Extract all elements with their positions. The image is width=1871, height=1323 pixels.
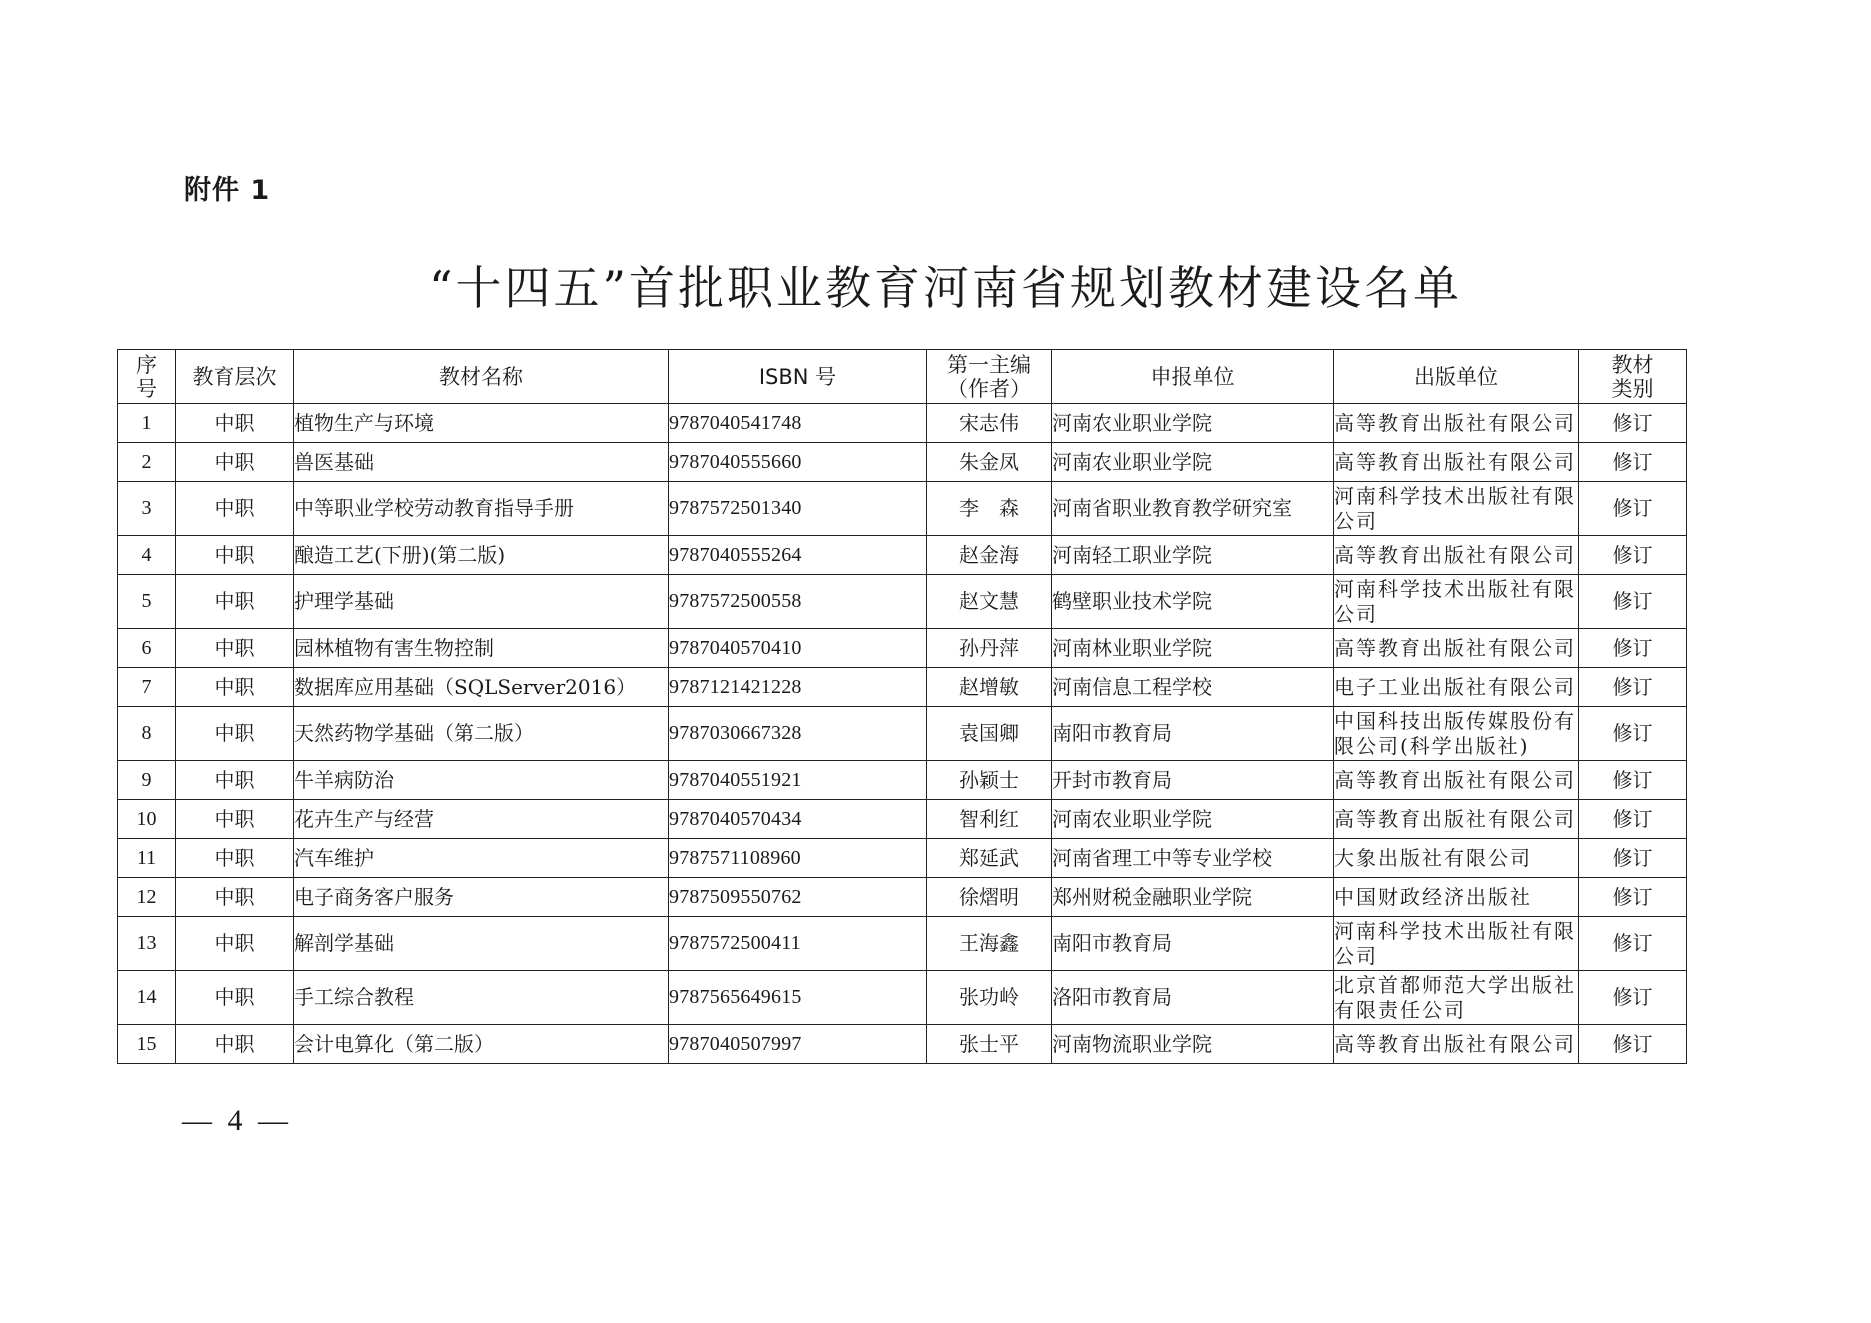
row-publisher: 河南科学技术出版社有限公司 [1334,917,1579,971]
row-applicant: 河南农业职业学院 [1052,404,1334,443]
row-author: 智利红 [927,800,1052,839]
row-category: 修订 [1579,575,1687,629]
row-isbn: 9787040555660 [669,443,927,482]
page-number: — 4 — [182,1104,292,1138]
row-author: 赵增敏 [927,668,1052,707]
row-publisher: 高等教育出版社有限公司 [1334,800,1579,839]
row-applicant: 河南省职业教育教学研究室 [1052,482,1334,536]
row-textbook-name: 解剖学基础 [294,917,669,971]
row-applicant: 南阳市教育局 [1052,707,1334,761]
row-textbook-name: 护理学基础 [294,575,669,629]
row-category: 修订 [1579,404,1687,443]
row-level: 中职 [176,1025,294,1064]
row-author: 宋志伟 [927,404,1052,443]
row-applicant: 河南轻工职业学院 [1052,536,1334,575]
table-row: 6中职园林植物有害生物控制9787040570410孙丹萍河南林业职业学院高等教… [118,629,1687,668]
row-index: 13 [118,917,176,971]
header-name: 教材名称 [294,350,669,404]
row-publisher: 高等教育出版社有限公司 [1334,1025,1579,1064]
row-category: 修订 [1579,707,1687,761]
row-level: 中职 [176,800,294,839]
row-author: 赵文慧 [927,575,1052,629]
textbook-list-table: 序 号 教育层次 教材名称 ISBN 号 第一主编 （作者） 申报单位 出版单位… [117,349,1687,1064]
row-applicant: 河南省理工中等专业学校 [1052,839,1334,878]
row-author: 赵金海 [927,536,1052,575]
row-textbook-name: 牛羊病防治 [294,761,669,800]
row-level: 中职 [176,443,294,482]
row-isbn: 9787572500411 [669,917,927,971]
row-level: 中职 [176,878,294,917]
row-publisher: 中国财政经济出版社 [1334,878,1579,917]
row-category: 修订 [1579,1025,1687,1064]
row-isbn: 9787121421228 [669,668,927,707]
row-level: 中职 [176,404,294,443]
row-level: 中职 [176,575,294,629]
row-author: 徐熠明 [927,878,1052,917]
row-textbook-name: 会计电算化（第二版） [294,1025,669,1064]
row-textbook-name: 园林植物有害生物控制 [294,629,669,668]
header-level: 教育层次 [176,350,294,404]
row-publisher: 河南科学技术出版社有限公司 [1334,575,1579,629]
row-publisher: 高等教育出版社有限公司 [1334,443,1579,482]
row-isbn: 9787040507997 [669,1025,927,1064]
row-author: 孙颖士 [927,761,1052,800]
table-row: 15中职会计电算化（第二版）9787040507997张士平河南物流职业学院高等… [118,1025,1687,1064]
table-row: 3中职中等职业学校劳动教育指导手册9787572501340李 森河南省职业教育… [118,482,1687,536]
row-index: 1 [118,404,176,443]
row-textbook-name: 花卉生产与经营 [294,800,669,839]
table-row: 13中职解剖学基础9787572500411王海鑫南阳市教育局河南科学技术出版社… [118,917,1687,971]
row-applicant: 洛阳市教育局 [1052,971,1334,1025]
table-row: 2中职兽医基础9787040555660朱金凤河南农业职业学院高等教育出版社有限… [118,443,1687,482]
row-applicant: 河南林业职业学院 [1052,629,1334,668]
row-index: 7 [118,668,176,707]
row-author: 袁国卿 [927,707,1052,761]
row-applicant: 河南农业职业学院 [1052,800,1334,839]
row-author: 李 森 [927,482,1052,536]
row-applicant: 郑州财税金融职业学院 [1052,878,1334,917]
row-applicant: 开封市教育局 [1052,761,1334,800]
row-index: 2 [118,443,176,482]
header-applicant: 申报单位 [1052,350,1334,404]
header-publisher: 出版单位 [1334,350,1579,404]
row-publisher: 河南科学技术出版社有限公司 [1334,482,1579,536]
row-isbn: 9787040570410 [669,629,927,668]
row-index: 8 [118,707,176,761]
row-isbn: 9787572501340 [669,482,927,536]
row-author: 王海鑫 [927,917,1052,971]
row-applicant: 河南农业职业学院 [1052,443,1334,482]
table-row: 7中职数据库应用基础（SQLServer2016）9787121421228赵增… [118,668,1687,707]
document-title: “十四五”首批职业教育河南省规划教材建设名单 [0,252,1871,318]
row-textbook-name: 汽车维护 [294,839,669,878]
row-isbn: 9787571108960 [669,839,927,878]
row-publisher: 电子工业出版社有限公司 [1334,668,1579,707]
row-publisher: 高等教育出版社有限公司 [1334,629,1579,668]
row-category: 修订 [1579,443,1687,482]
row-category: 修订 [1579,971,1687,1025]
table-row: 11中职汽车维护9787571108960郑延武河南省理工中等专业学校大象出版社… [118,839,1687,878]
row-category: 修订 [1579,629,1687,668]
row-isbn: 9787040551921 [669,761,927,800]
row-publisher: 北京首都师范大学出版社有限责任公司 [1334,971,1579,1025]
row-index: 12 [118,878,176,917]
table-row: 14中职手工综合教程9787565649615张功岭洛阳市教育局北京首都师范大学… [118,971,1687,1025]
row-isbn: 9787565649615 [669,971,927,1025]
row-index: 4 [118,536,176,575]
table-row: 8中职天然药物学基础（第二版）9787030667328袁国卿南阳市教育局中国科… [118,707,1687,761]
row-isbn: 9787040555264 [669,536,927,575]
row-index: 11 [118,839,176,878]
row-category: 修订 [1579,761,1687,800]
row-isbn: 9787040570434 [669,800,927,839]
row-applicant: 河南信息工程学校 [1052,668,1334,707]
row-category: 修订 [1579,800,1687,839]
table-row: 10中职花卉生产与经营9787040570434智利红河南农业职业学院高等教育出… [118,800,1687,839]
table-row: 4中职酿造工艺(下册)(第二版)9787040555264赵金海河南轻工职业学院… [118,536,1687,575]
header-author: 第一主编 （作者） [927,350,1052,404]
row-applicant: 南阳市教育局 [1052,917,1334,971]
header-isbn: ISBN 号 [669,350,927,404]
row-index: 3 [118,482,176,536]
table-row: 12中职电子商务客户服务9787509550762徐熠明郑州财税金融职业学院中国… [118,878,1687,917]
row-publisher: 高等教育出版社有限公司 [1334,404,1579,443]
row-level: 中职 [176,971,294,1025]
row-textbook-name: 手工综合教程 [294,971,669,1025]
attachment-label: 附件 1 [184,168,270,207]
row-index: 10 [118,800,176,839]
row-level: 中职 [176,761,294,800]
row-level: 中职 [176,839,294,878]
row-isbn: 9787030667328 [669,707,927,761]
header-category: 教材 类别 [1579,350,1687,404]
row-level: 中职 [176,482,294,536]
row-isbn: 9787040541748 [669,404,927,443]
row-isbn: 9787572500558 [669,575,927,629]
row-category: 修订 [1579,839,1687,878]
row-index: 14 [118,971,176,1025]
row-author: 郑延武 [927,839,1052,878]
row-isbn: 9787509550762 [669,878,927,917]
row-textbook-name: 天然药物学基础（第二版） [294,707,669,761]
row-level: 中职 [176,536,294,575]
row-textbook-name: 植物生产与环境 [294,404,669,443]
row-author: 张士平 [927,1025,1052,1064]
row-applicant: 鹤壁职业技术学院 [1052,575,1334,629]
row-publisher: 高等教育出版社有限公司 [1334,761,1579,800]
row-level: 中职 [176,668,294,707]
row-index: 15 [118,1025,176,1064]
row-applicant: 河南物流职业学院 [1052,1025,1334,1064]
row-author: 朱金凤 [927,443,1052,482]
header-index: 序 号 [118,350,176,404]
row-index: 6 [118,629,176,668]
row-publisher: 高等教育出版社有限公司 [1334,536,1579,575]
row-textbook-name: 兽医基础 [294,443,669,482]
table-body: 1中职植物生产与环境9787040541748宋志伟河南农业职业学院高等教育出版… [118,404,1687,1064]
row-textbook-name: 中等职业学校劳动教育指导手册 [294,482,669,536]
table-row: 9中职牛羊病防治9787040551921孙颖士开封市教育局高等教育出版社有限公… [118,761,1687,800]
row-textbook-name: 数据库应用基础（SQLServer2016） [294,668,669,707]
row-author: 张功岭 [927,971,1052,1025]
row-publisher: 中国科技出版传媒股份有限公司(科学出版社) [1334,707,1579,761]
row-textbook-name: 酿造工艺(下册)(第二版) [294,536,669,575]
row-index: 5 [118,575,176,629]
row-level: 中职 [176,629,294,668]
row-level: 中职 [176,707,294,761]
row-category: 修订 [1579,668,1687,707]
row-category: 修订 [1579,878,1687,917]
row-index: 9 [118,761,176,800]
row-category: 修订 [1579,917,1687,971]
row-publisher: 大象出版社有限公司 [1334,839,1579,878]
table-header-row: 序 号 教育层次 教材名称 ISBN 号 第一主编 （作者） 申报单位 出版单位… [118,350,1687,404]
row-category: 修订 [1579,482,1687,536]
row-category: 修订 [1579,536,1687,575]
table-row: 5中职护理学基础9787572500558赵文慧鹤壁职业技术学院河南科学技术出版… [118,575,1687,629]
row-level: 中职 [176,917,294,971]
table-row: 1中职植物生产与环境9787040541748宋志伟河南农业职业学院高等教育出版… [118,404,1687,443]
row-author: 孙丹萍 [927,629,1052,668]
row-textbook-name: 电子商务客户服务 [294,878,669,917]
